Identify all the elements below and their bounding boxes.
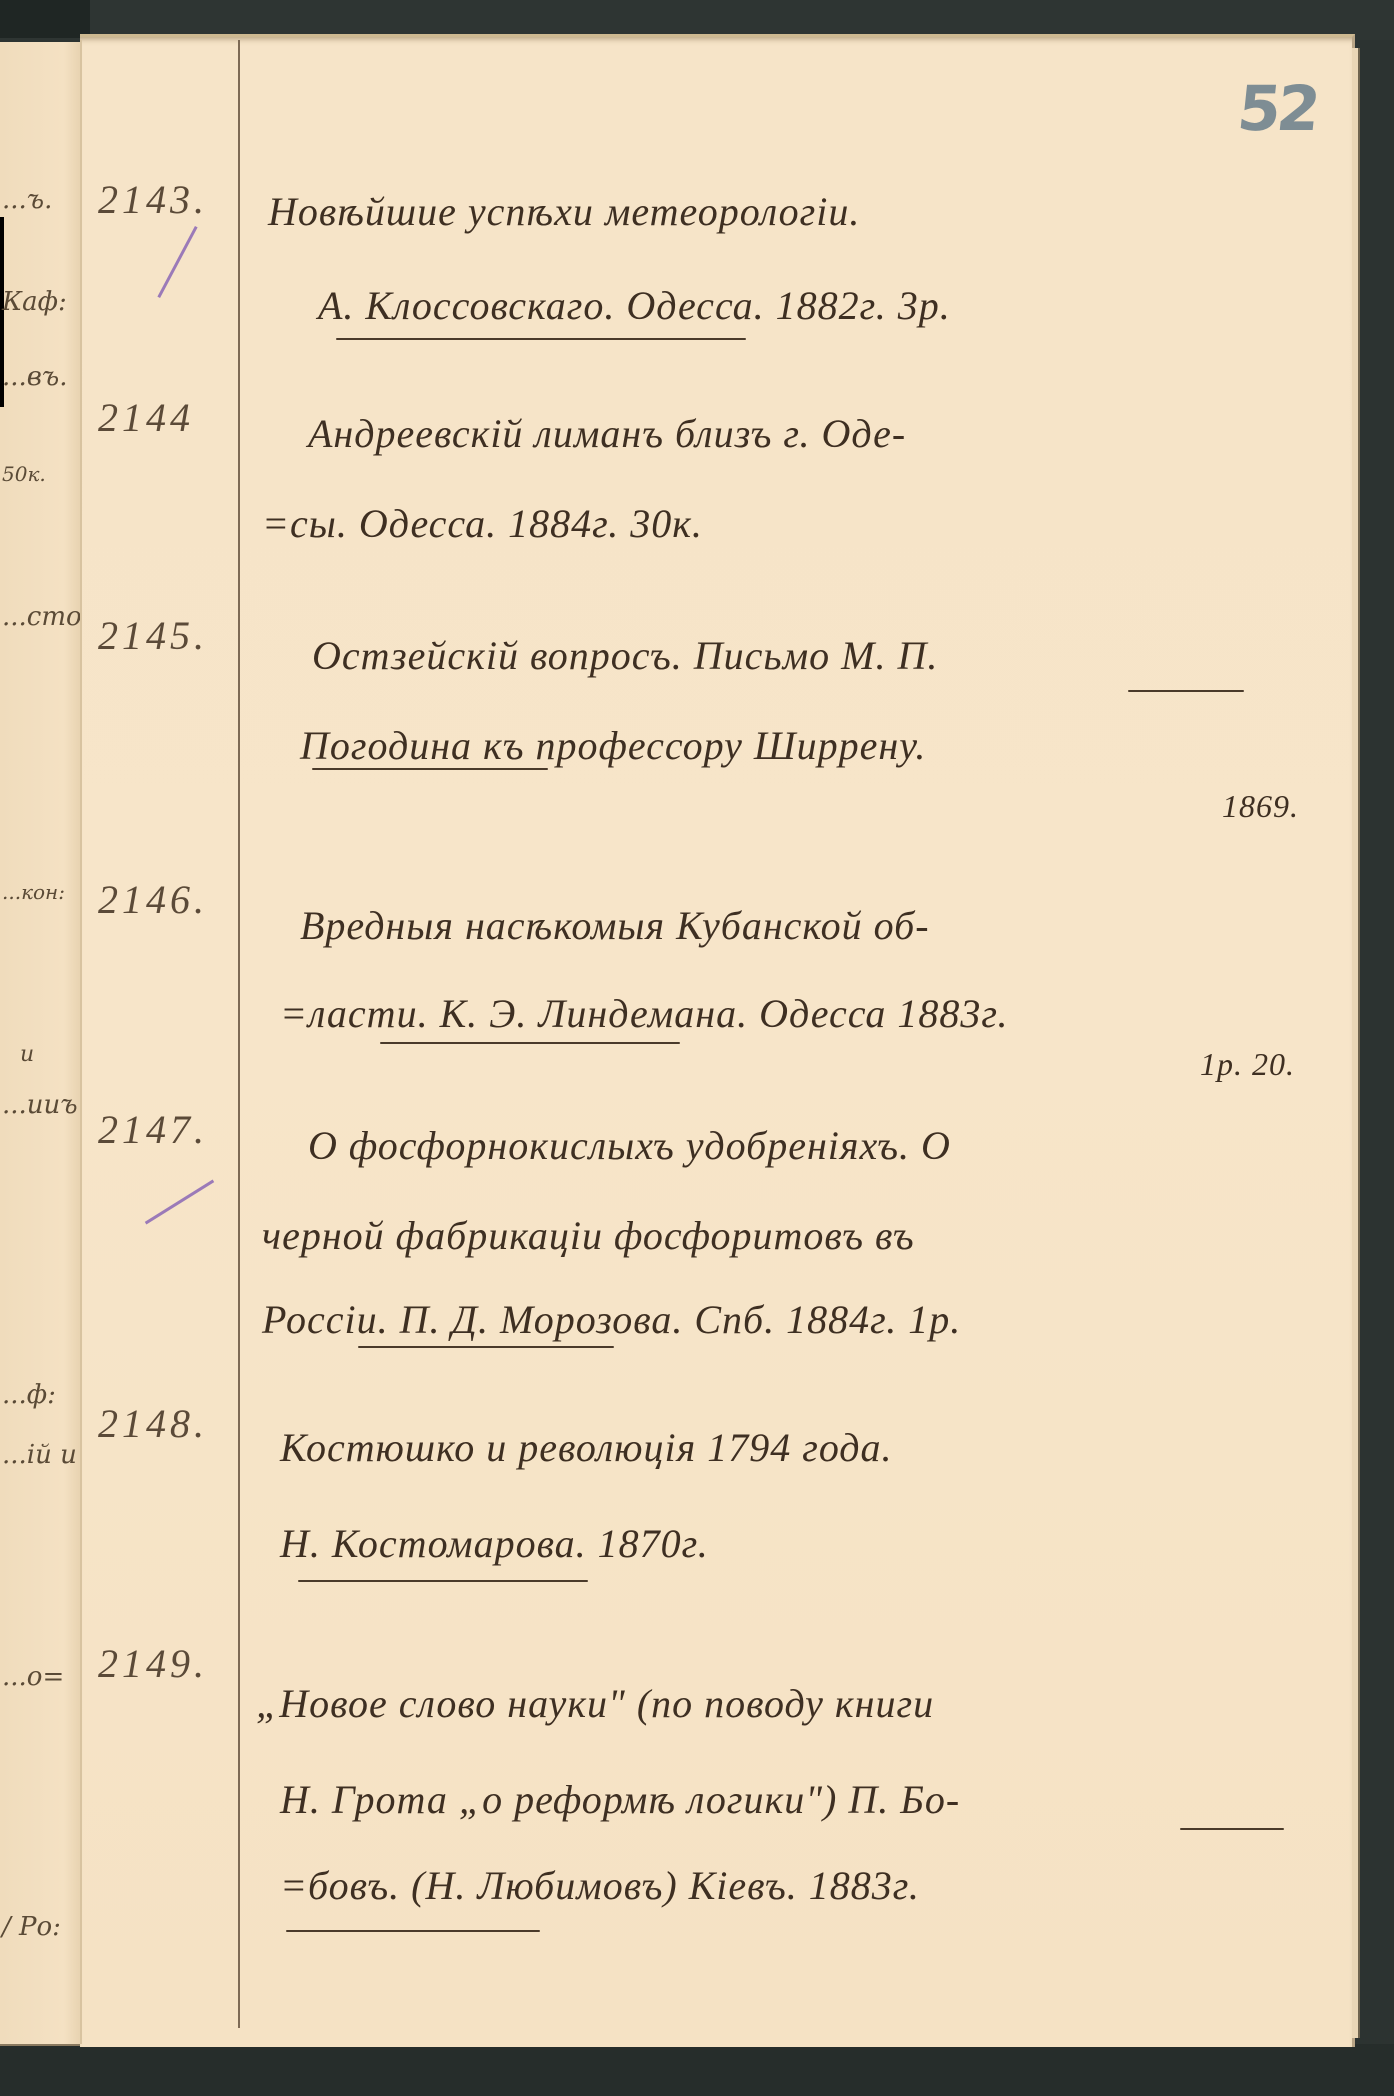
entry-title-line: =сы. Одесса. 1884г. 30к.	[262, 500, 703, 547]
entry-title-line: Погодина къ профессору Ширрену.	[300, 722, 926, 769]
left-fragment-text: ...ииъ	[2, 1090, 78, 1120]
gutter-fold	[80, 40, 82, 2044]
author-underline	[336, 338, 746, 340]
left-fragment-text: ...въ.	[2, 362, 68, 392]
left-fragment-text: ...о=	[2, 1662, 64, 1692]
entry-title-line: Андреевскій лиманъ близъ г. Оде-	[308, 410, 906, 457]
entry-title-line: Вредныя насѣкомыя Кубанской об-	[300, 902, 930, 949]
entry-number: 2145.	[98, 612, 208, 659]
left-fragment-text: ...ъ.	[2, 185, 52, 215]
column-rule	[238, 40, 240, 2028]
left-fragment-text: ...кон:	[2, 880, 65, 904]
entry-number: 2149.	[98, 1640, 208, 1687]
author-underline	[286, 1930, 540, 1932]
entry-title-line: черной фабрикаціи фосфоритовъ въ	[262, 1212, 915, 1259]
entry-title-line: Россіи. П. Д. Морозова. Спб. 1884г. 1р.	[262, 1296, 961, 1343]
entry-title-line: =бовъ. (Н. Любимовъ) Кіевъ. 1883г.	[280, 1862, 920, 1909]
page-number: 52	[1234, 72, 1320, 145]
entry-number: 2147.	[98, 1106, 208, 1153]
page-edge-stack	[1352, 48, 1360, 2038]
author-underline	[312, 768, 548, 770]
entry-title-line: =ласти. К. Э. Линдемана. Одесса 1883г.	[280, 990, 1009, 1037]
left-fragment-text: / Ро:	[2, 1912, 61, 1942]
entry-year: 1869.	[1222, 788, 1299, 825]
entry-title-line: Н. Грота „о реформѣ логики") П. Бо-	[280, 1776, 960, 1823]
author-underline	[1180, 1828, 1284, 1830]
entry-title-line: „Новое слово науки" (по поводу книги	[256, 1680, 934, 1727]
left-fragment-text: Каф:	[2, 287, 67, 317]
left-fragment-text: и	[20, 1042, 34, 1067]
author-underline	[298, 1580, 588, 1582]
entry-title-line: А. Клоссовскаго. Одесса. 1882г. 3р.	[318, 282, 951, 329]
entry-title-line: Костюшко и революція 1794 года.	[280, 1424, 893, 1471]
left-fragment-text: 50к.	[2, 462, 46, 486]
catalog-page	[80, 34, 1355, 2047]
author-underline	[1128, 690, 1244, 692]
entry-number: 2146.	[98, 876, 208, 923]
left-fragment-text: ...ій и	[2, 1440, 77, 1470]
entry-number: 2148.	[98, 1400, 208, 1447]
entry-title-line: Н. Костомарова. 1870г.	[280, 1520, 709, 1567]
entry-price: 1р. 20.	[1200, 1046, 1295, 1083]
left-fragment-text: ...ф:	[2, 1380, 56, 1410]
entry-title-line: Новѣйшие успѣхи метеорологіи.	[268, 188, 860, 235]
entry-number: 2144	[98, 394, 194, 441]
binding-edge	[0, 0, 90, 38]
author-underline	[358, 1346, 614, 1348]
left-page-fragment: ...ъ. Каф: ...въ. 50к. ...стом. ...кон: …	[0, 42, 80, 2046]
background-bottom	[0, 2044, 1394, 2096]
entry-title-line: О фосфорнокислыхъ удобреніяхъ. О	[308, 1122, 951, 1169]
entry-number: 2143.	[98, 176, 208, 223]
entry-title-line: Остзейскій вопросъ. Письмо М. П.	[312, 632, 938, 679]
author-underline	[380, 1042, 680, 1044]
